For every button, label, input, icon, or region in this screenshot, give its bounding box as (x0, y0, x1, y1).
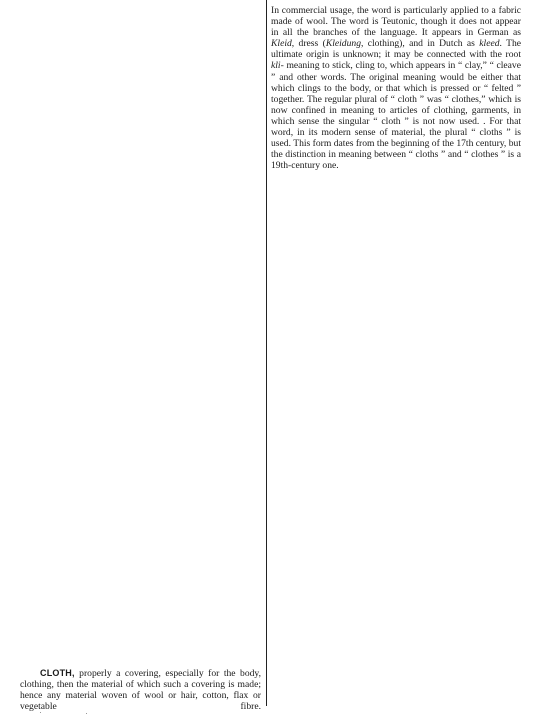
left-column: CLOTH, properly a covering, especially f… (20, 668, 261, 712)
italic-term: kli- (271, 60, 284, 71)
italic-term: Kleidung (326, 38, 361, 49)
entry-paragraph-etymology: In commercial usage, the word is particu… (271, 5, 521, 171)
text-run: , dress ( (292, 38, 326, 49)
entry-paragraph-definition: CLOTH, properly a covering, especially f… (20, 668, 261, 712)
right-column: In commercial usage, the word is particu… (271, 5, 521, 171)
italic-term: kleed (479, 38, 499, 49)
text-run: In commercial usage, the word is particu… (271, 5, 521, 38)
entry-headword: CLOTH, (40, 668, 75, 678)
scan-specks (40, 712, 100, 714)
column-divider-rule (266, 0, 267, 706)
italic-term: Kleid (271, 38, 292, 49)
text-run: , clothing), and in Dutch as (361, 38, 479, 49)
text-run: meaning to stick, cling to, which appear… (271, 60, 521, 171)
